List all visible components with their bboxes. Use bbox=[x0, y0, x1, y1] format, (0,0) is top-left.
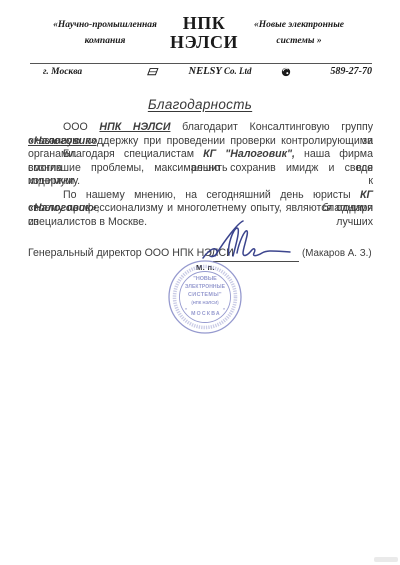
body-text-segment: благодарит Консалтинговую группу bbox=[170, 121, 373, 133]
scanned-letter-page: «Научно-промышленная компания НПК НЭЛСИ … bbox=[0, 0, 400, 565]
body-text-segment: КГ "Налоговик", bbox=[203, 148, 295, 160]
letterhead-right-tagline: «Новые электронные системы » bbox=[230, 20, 368, 47]
stamp-star-left: * bbox=[185, 307, 187, 312]
city-label: г. Москва bbox=[43, 67, 82, 77]
body-text-segment: НПК НЭЛСИ bbox=[99, 121, 170, 133]
telephone-icon bbox=[281, 67, 291, 80]
body-line: По нашему мнению, на сегодняшний день юр… bbox=[28, 189, 373, 203]
contact-row: г. Москва NELSY Co. Ltd 589-27-70 bbox=[0, 66, 400, 80]
company-en-label: NELSY bbox=[188, 66, 221, 77]
company-name-en: NELSY Co. Ltd bbox=[180, 66, 260, 77]
body-line: своему профессионализму и многолетнему о… bbox=[28, 202, 373, 216]
signatory-name: (Макаров А. З.) bbox=[302, 248, 372, 259]
letter-title: Благодарность bbox=[148, 97, 252, 112]
body-text-segment: По нашему мнению, на сегодняшний день юр… bbox=[63, 189, 360, 201]
company-round-stamp: "НОВЫЕ ЭЛЕКТРОННЫЕ СИСТЕМЫ" (НПК НЭЛСИ) … bbox=[160, 252, 250, 342]
stamp-city: МОСКВА bbox=[191, 311, 221, 317]
letterhead-divider bbox=[30, 63, 372, 64]
scan-artifact bbox=[374, 557, 398, 562]
body-line: ООО НПК НЭЛСИ благодарит Консалтинговую … bbox=[28, 121, 373, 135]
body-text-segment: Благодаря специалистам bbox=[63, 148, 203, 160]
right-tagline-line2: системы » bbox=[230, 36, 368, 47]
body-line: Благодаря специалистам КГ "Налоговик", н… bbox=[28, 148, 373, 162]
letterhead-left-tagline: «Научно-промышленная компания bbox=[38, 20, 172, 47]
stamp-text-line1: "НОВЫЕ bbox=[193, 276, 217, 282]
left-tagline-line2: компания bbox=[38, 36, 172, 47]
stamp-text-line2: ЭЛЕКТРОННЫЕ bbox=[185, 284, 226, 290]
body-line: возникшие проблемы, максимально сохранив… bbox=[28, 162, 373, 176]
right-tagline-line1: «Новые электронные bbox=[230, 20, 368, 31]
body-text-segment: ООО bbox=[63, 121, 99, 133]
body-line: оказанную поддержку при проведении прове… bbox=[28, 135, 373, 149]
body-text-segment: специалистов в Москве. bbox=[28, 216, 147, 228]
letter-title-row: Благодарность bbox=[0, 96, 400, 114]
left-tagline-line1: «Научно-промышленная bbox=[38, 20, 172, 31]
phone-number: 589-27-70 bbox=[316, 66, 372, 77]
company-suffix-label: Co. Ltd bbox=[224, 66, 252, 76]
stamp-text-line3: СИСТЕМЫ" bbox=[188, 292, 222, 298]
stamp-text-line4: (НПК НЭЛСИ) bbox=[191, 300, 219, 305]
body-text-segment: минимуму. bbox=[28, 175, 80, 187]
letter-body: ООО НПК НЭЛСИ благодарит Консалтинговую … bbox=[28, 121, 373, 229]
stamp-star-right: * bbox=[223, 307, 225, 312]
envelope-icon bbox=[146, 67, 159, 79]
